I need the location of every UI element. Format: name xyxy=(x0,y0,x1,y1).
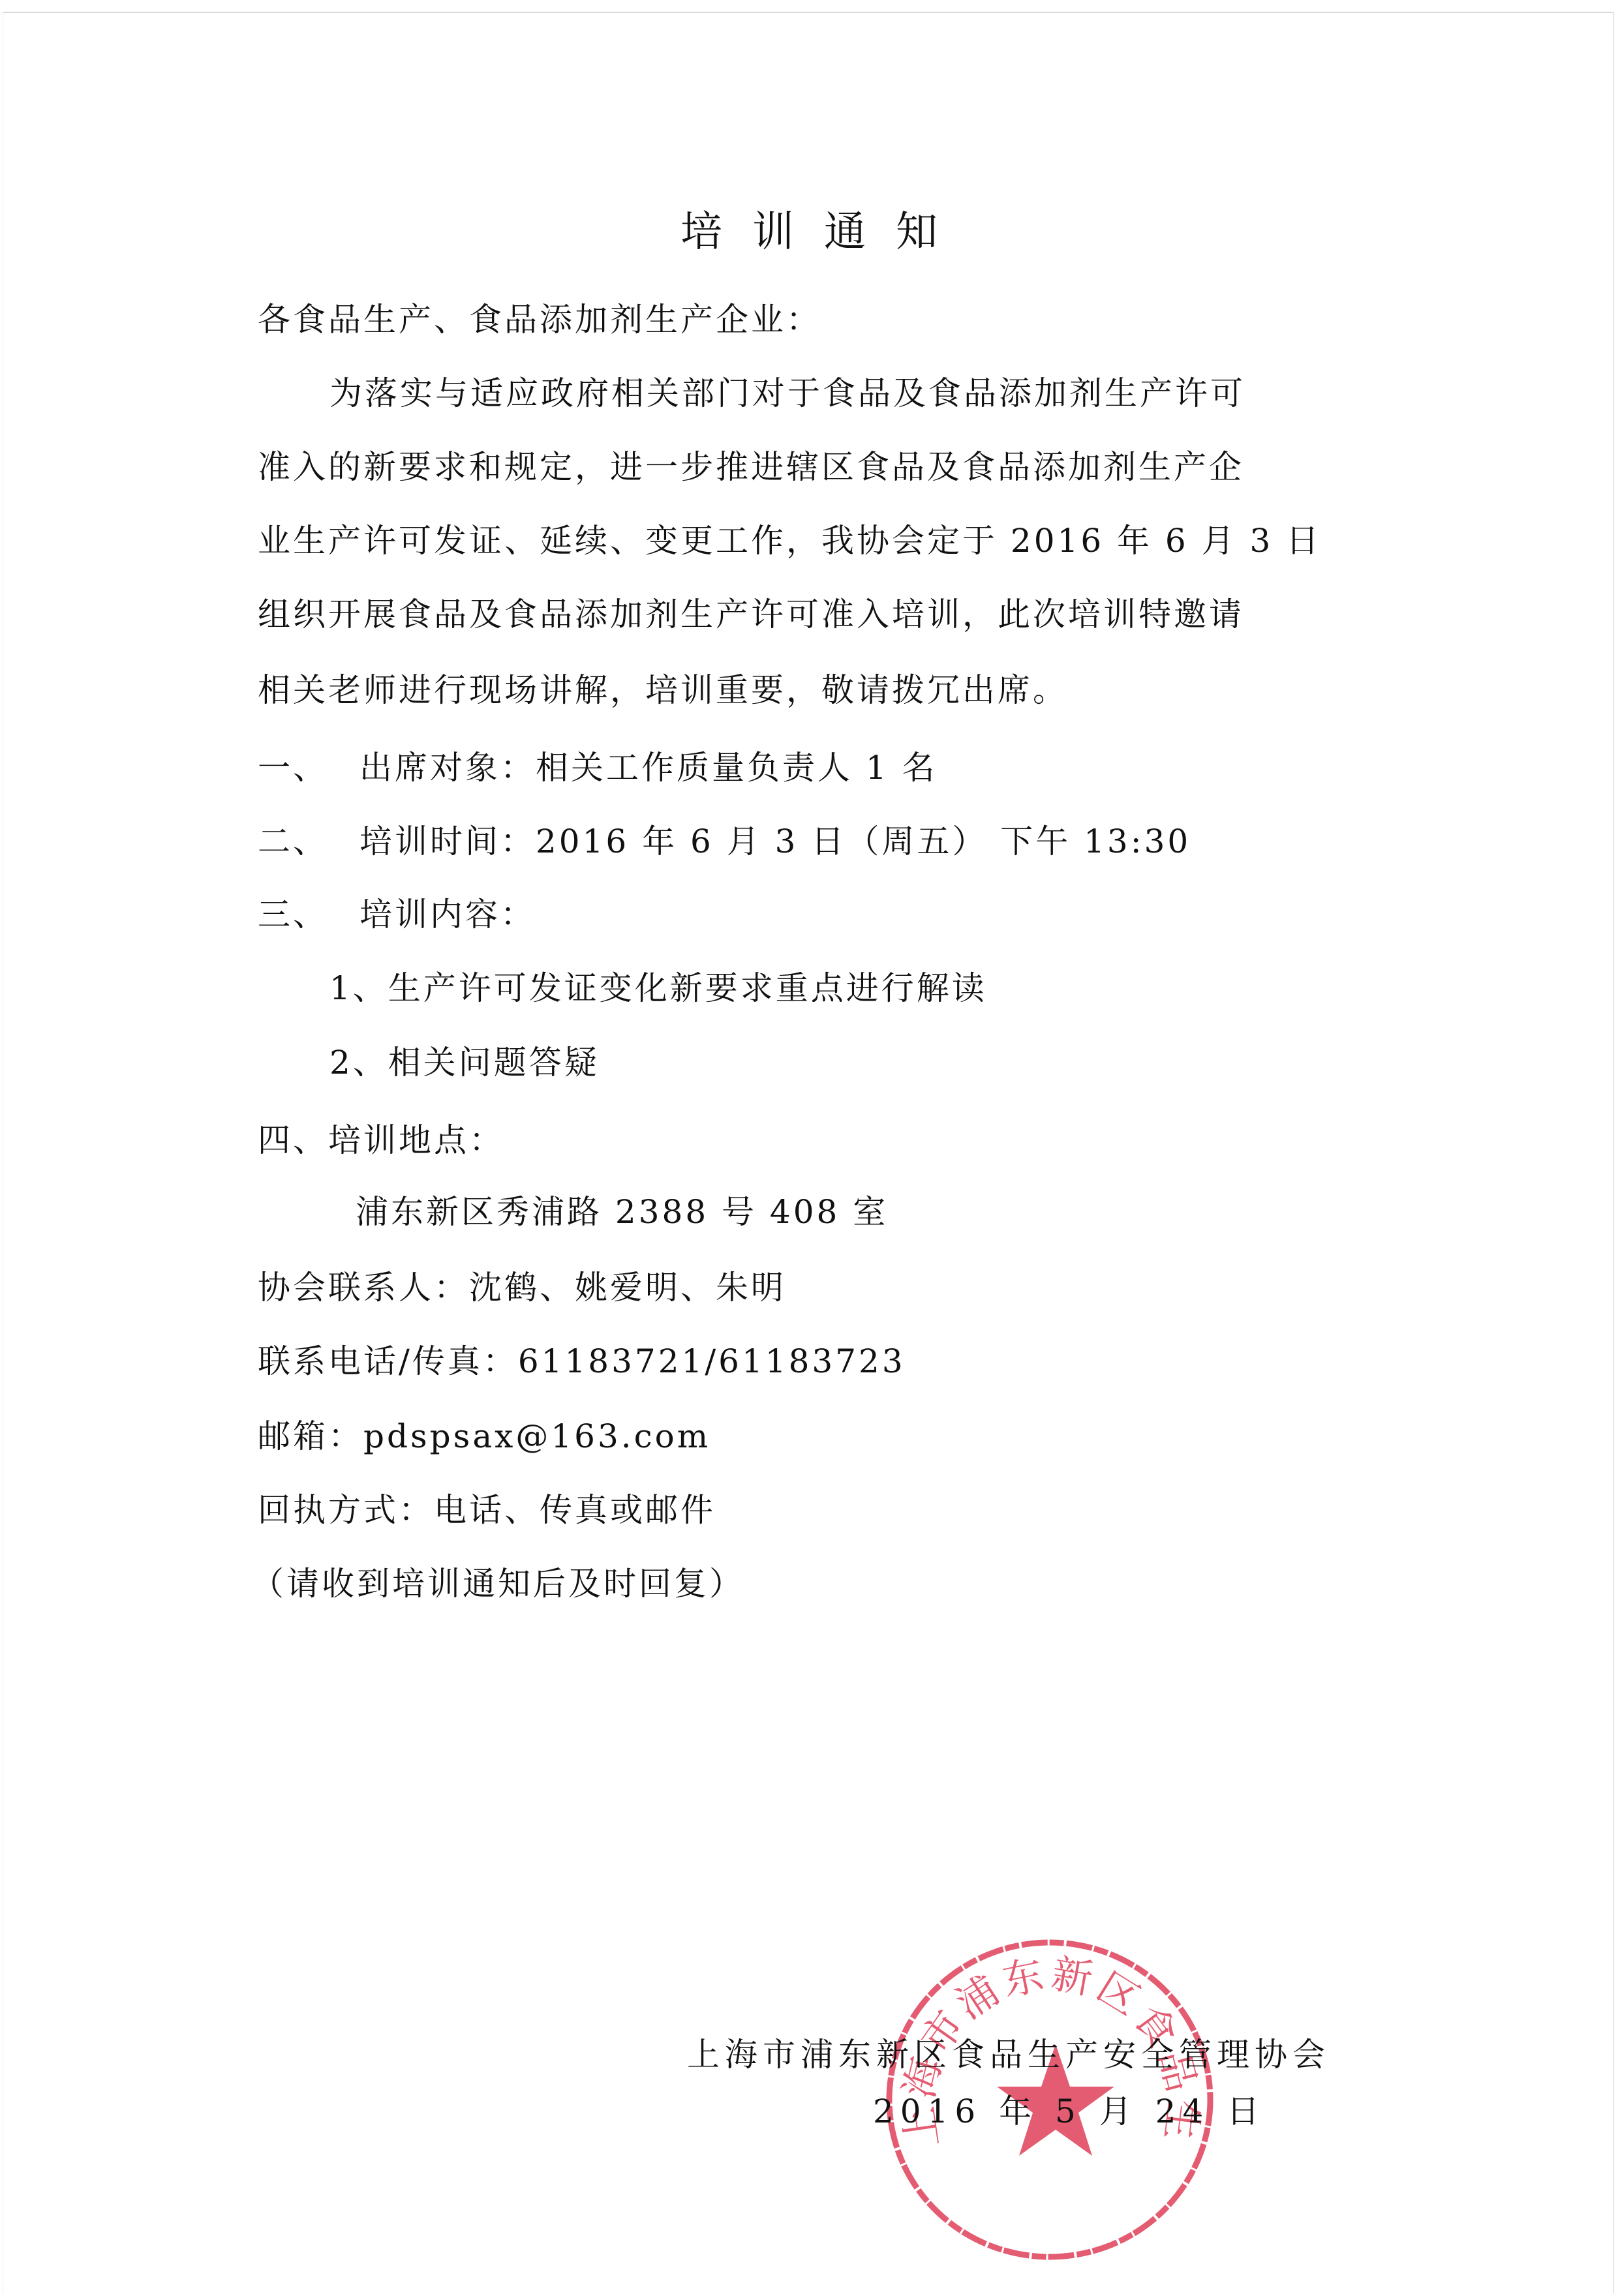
contact-people: 协会联系人：沈鹤、姚爱明、朱明 xyxy=(258,1268,786,1307)
section-text: 培训时间：2016 年 6 月 3 日（周五） 下午 13:30 xyxy=(359,823,1191,860)
body-line-3: 业生产许可发证、延续、变更工作，我协会定于 2016 年 6 月 3 日 xyxy=(258,521,1321,560)
content-item-1: 1、生产许可发证变化新要求重点进行解读 xyxy=(329,969,987,1008)
salutation: 各食品生产、食品添加剂生产企业： xyxy=(258,300,821,339)
signature-date: 2016 年 5 月 24 日 xyxy=(873,2092,1266,2131)
section-text: 出席对象：相关工作质量负责人 1 名 xyxy=(359,749,938,787)
content-item-2: 2、相关问题答疑 xyxy=(329,1043,600,1082)
document-page: 上海市浦东新区食品生产安全管理协会 培训通知 各食品生产、食品添加剂生产企业： … xyxy=(0,0,1618,2296)
scan-border xyxy=(3,12,1614,2293)
body-line-5: 相关老师进行现场讲解，培训重要，敬请拨冗出席。 xyxy=(258,671,1068,710)
location-heading: 四、培训地点： xyxy=(258,1121,504,1160)
contact-phone-fax: 联系电话/传真：61183721/61183723 xyxy=(258,1342,906,1381)
section-attendees: 一、出席对象：相关工作质量负责人 1 名 xyxy=(258,748,938,787)
body-line-2: 准入的新要求和规定，进一步推进辖区食品及食品添加剂生产企 xyxy=(258,447,1244,487)
section-number: 三、 xyxy=(258,896,328,933)
section-number: 一、 xyxy=(258,749,328,787)
reply-method: 回执方式：电话、传真或邮件 xyxy=(258,1490,716,1530)
section-number: 二、 xyxy=(258,823,328,860)
section-time: 二、培训时间：2016 年 6 月 3 日（周五） 下午 13:30 xyxy=(258,822,1191,861)
body-line-4: 组织开展食品及食品添加剂生产许可准入培训，此次培训特邀请 xyxy=(258,595,1244,634)
section-content: 三、培训内容： xyxy=(258,895,536,934)
reply-note: （请收到培训通知后及时回复） xyxy=(251,1564,744,1603)
section-text: 培训内容： xyxy=(359,896,536,933)
page-title: 培训通知 xyxy=(0,207,1618,257)
contact-email: 邮箱：pdspsax@163.com xyxy=(258,1417,710,1456)
body-line-1: 为落实与适应政府相关部门对于食品及食品添加剂生产许可 xyxy=(329,374,1245,413)
location-address: 浦东新区秀浦路 2388 号 408 室 xyxy=(356,1192,888,1231)
signature-organization: 上海市浦东新区食品生产安全管理协会 xyxy=(687,2035,1330,2074)
